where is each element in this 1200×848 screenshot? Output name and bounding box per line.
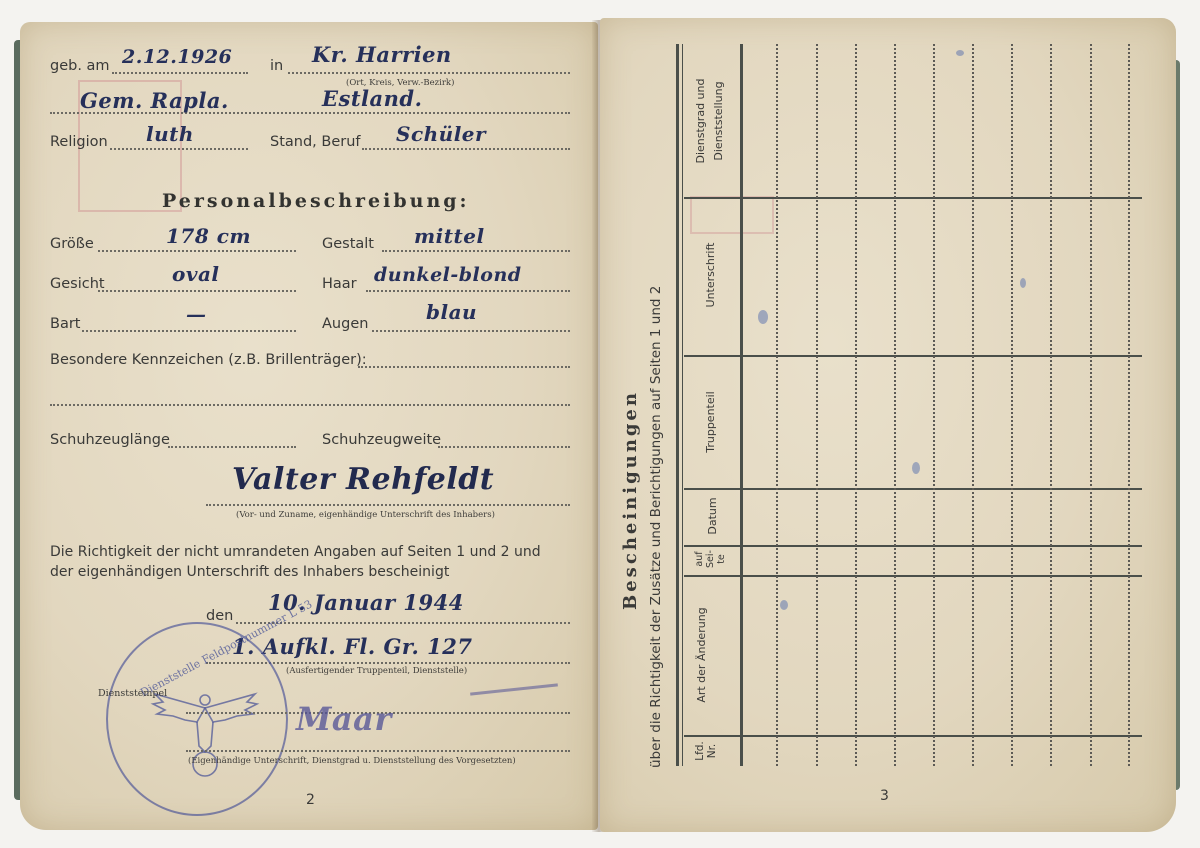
table-left-border-inner (682, 44, 683, 766)
face-line (98, 290, 296, 292)
occupation-value: Schüler (396, 122, 486, 146)
page-number-3: 3 (880, 788, 889, 804)
birthplace-value: Kr. Harrien (312, 42, 452, 67)
occupation-line (362, 148, 570, 150)
column-header-datum: Datum (706, 488, 719, 544)
born-on-value: 2.12.1926 (122, 46, 232, 68)
occupation-label: Stand, Beruf (270, 134, 361, 150)
religion-value: luth (146, 122, 194, 146)
born-on-label: geb. am (50, 58, 110, 74)
row-divider-2 (684, 355, 1142, 357)
born-on-line (112, 72, 248, 74)
column-header-auf-seite: auf Sei- te (694, 544, 727, 574)
distinguishing-marks-label: Besondere Kennzeichen (z.B. Brillenträge… (50, 352, 367, 368)
beard-value: — (186, 302, 207, 326)
faded-stamp-mark-right (690, 196, 774, 234)
holder-signature: Valter Rehfeldt (232, 462, 494, 497)
build-line (382, 250, 570, 252)
shoe-length-label: Schuhzeuglänge (50, 432, 170, 448)
ink-spot (758, 310, 768, 324)
height-line (98, 250, 296, 252)
height-label: Größe (50, 236, 94, 252)
row-line (933, 44, 935, 766)
eyes-label: Augen (322, 316, 368, 332)
row-divider-4 (684, 545, 1142, 547)
row-divider-1 (684, 197, 1142, 199)
build-label: Gestalt (322, 236, 374, 252)
column-header-lfd-nr: Lfd. Nr. (694, 736, 718, 766)
row-line (1050, 44, 1052, 766)
ink-spot (956, 50, 964, 56)
shoe-length-line (168, 446, 296, 448)
row-line (972, 44, 974, 766)
row-divider-5 (684, 575, 1142, 577)
shoe-width-line (438, 446, 570, 448)
hair-value: dunkel-blond (374, 264, 522, 286)
certification-text-line1: Die Richtigkeit der nicht umrandeten Ang… (50, 544, 541, 560)
column-header-art-der-aenderung: Art der Änderung (692, 580, 712, 730)
eyes-value: blau (426, 300, 477, 324)
eyes-line (372, 330, 570, 332)
superior-signature: Maar (296, 700, 392, 738)
row-line (1128, 44, 1130, 766)
distinguishing-marks-line-2 (50, 404, 570, 406)
row-line (776, 44, 778, 766)
municipality-value: Gem. Rapla. (80, 88, 229, 113)
hair-label: Haar (322, 276, 357, 292)
table-header-border (740, 44, 743, 766)
height-value: 178 cm (166, 224, 251, 248)
birthplace-line (288, 72, 570, 74)
row-line (1090, 44, 1092, 766)
face-label: Gesicht (50, 276, 105, 292)
holder-signature-caption: (Vor- und Zuname, eigenhändige Unterschr… (236, 510, 495, 520)
certifications-title: Bescheinigungen (620, 300, 641, 700)
birthplace-label: in (270, 58, 283, 74)
ink-spot (1020, 278, 1026, 288)
ink-spot (912, 462, 920, 474)
column-header-truppenteil: Truppenteil (704, 356, 717, 488)
page-number-2: 2 (306, 792, 315, 808)
ink-spot (780, 600, 788, 610)
date-label: den (206, 608, 233, 624)
distinguishing-marks-line (358, 366, 570, 368)
religion-line (110, 148, 248, 150)
face-value: oval (172, 262, 220, 286)
country-value: Estland. (322, 86, 422, 111)
column-header-unterschrift: Unterschrift (704, 196, 717, 354)
personal-description-title: Personalbeschreibung: (162, 190, 470, 212)
beard-label: Bart (50, 316, 80, 332)
religion-label: Religion (50, 134, 108, 150)
certifications-subtitle: über die Richtigkeit der Zusätze und Ber… (648, 48, 664, 768)
beard-line (82, 330, 296, 332)
build-value: mittel (414, 224, 485, 248)
stamp-label: Dienststempel (98, 688, 167, 699)
table-left-border (676, 44, 679, 766)
hair-line (366, 290, 570, 292)
column-header-dienstgrad: Dienstgrad und Dienststellung (692, 46, 728, 196)
certification-text-line2: der eigenhändigen Unterschrift des Inhab… (50, 564, 449, 580)
row-divider-6 (684, 735, 1142, 737)
holder-signature-line (206, 504, 570, 506)
superior-signature-line (186, 750, 570, 752)
shoe-width-label: Schuhzeugweite (322, 432, 441, 448)
row-line (1011, 44, 1013, 766)
row-line (816, 44, 818, 766)
row-line (855, 44, 857, 766)
superior-signature-caption: (Eigenhändige Unterschrift, Dienstgrad u… (188, 756, 516, 766)
row-line (894, 44, 896, 766)
row-divider-3 (684, 488, 1142, 490)
unit-value: 1. Aufkl. Fl. Gr. 127 (232, 634, 473, 659)
unit-caption: (Ausfertigender Truppenteil, Dienststell… (286, 666, 467, 676)
